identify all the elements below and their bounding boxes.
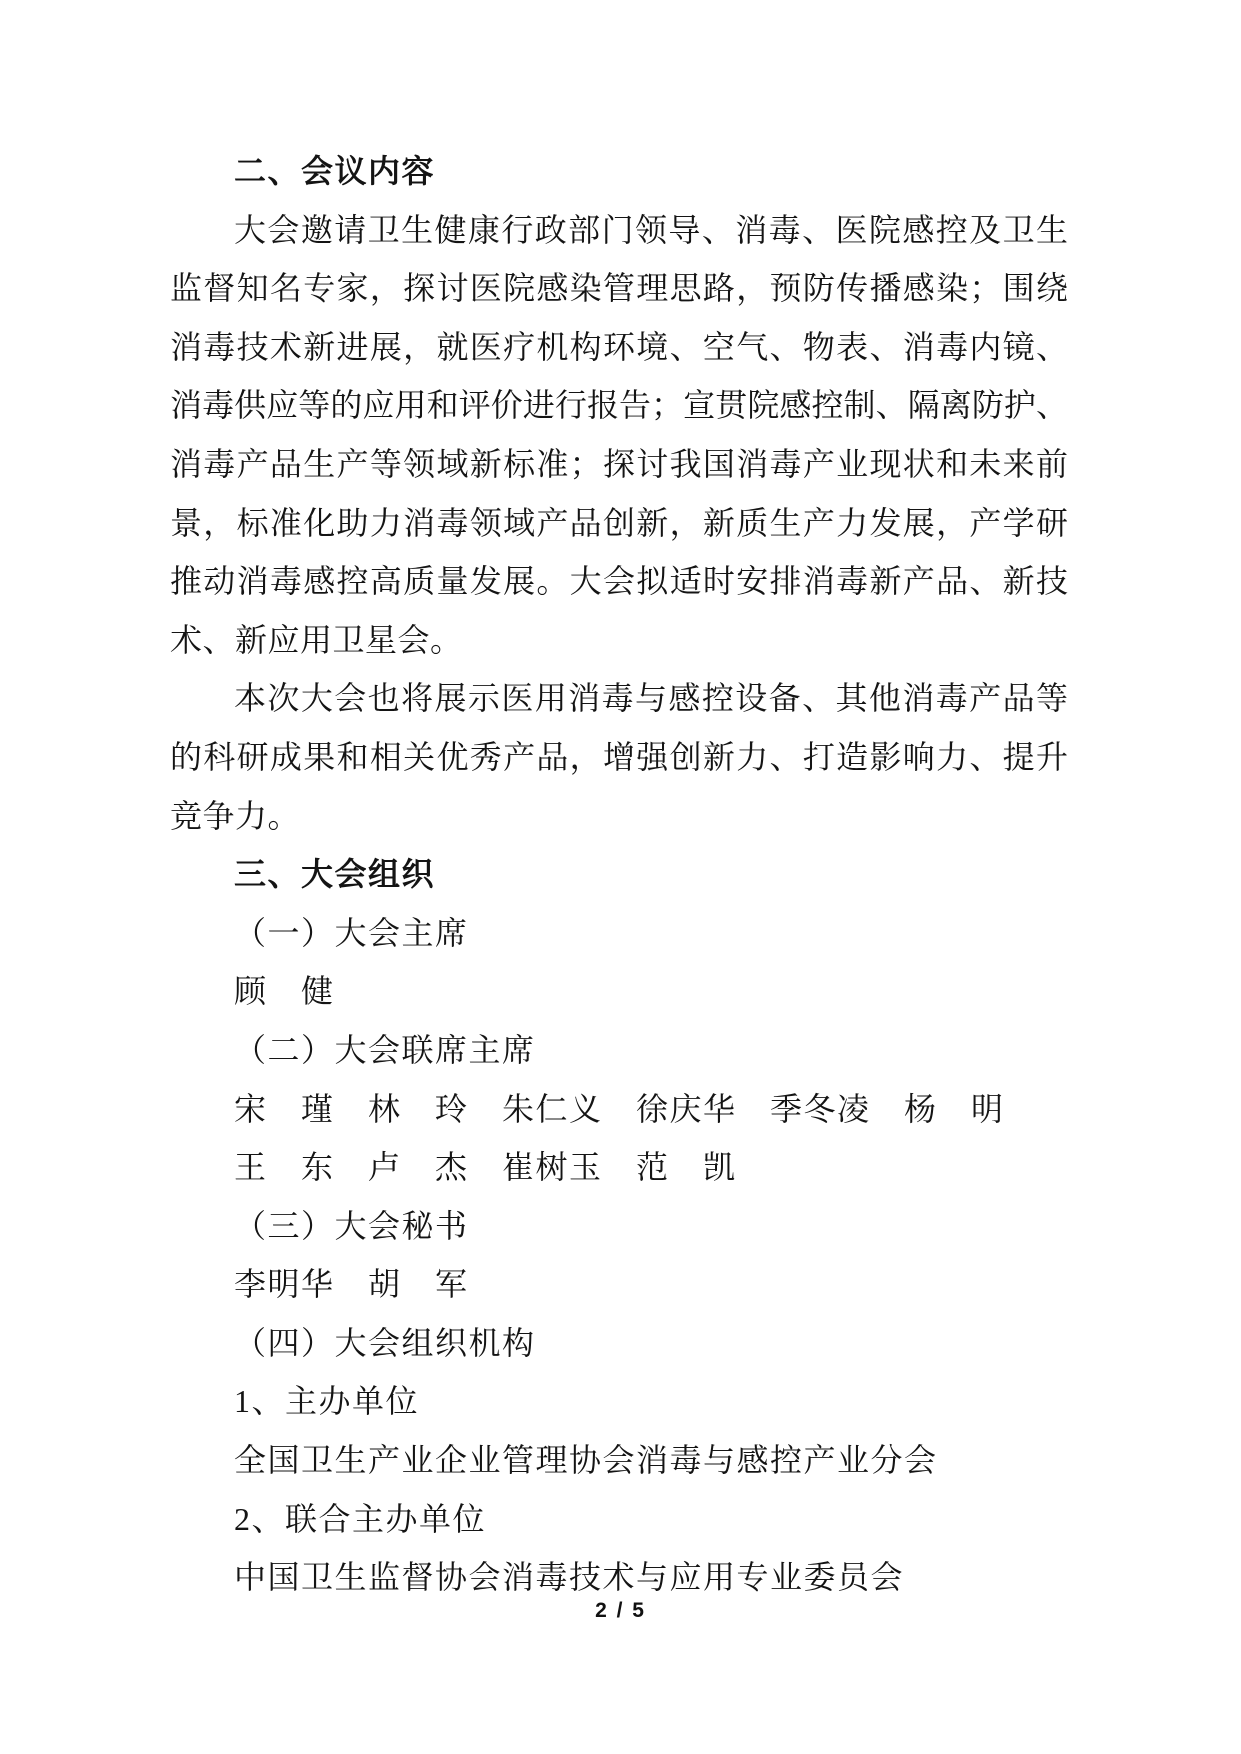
text-line: 的科研成果和相关优秀产品，增强创新力、打造影响力、提升	[170, 728, 1068, 787]
text-line: （二）大会联席主席	[170, 1021, 1068, 1080]
text-line: 二、会议内容	[170, 142, 1068, 201]
text-line: （一）大会主席	[170, 904, 1068, 963]
text-line: 三、大会组织	[170, 845, 1068, 904]
page-number: 2 / 5	[0, 1599, 1241, 1623]
text-line: 2、联合主办单位	[170, 1490, 1068, 1549]
document-page: 二、会议内容大会邀请卫生健康行政部门领导、消毒、医院感控及卫生监督知名专家，探讨…	[0, 0, 1241, 1754]
document-body: 二、会议内容大会邀请卫生健康行政部门领导、消毒、医院感控及卫生监督知名专家，探讨…	[170, 142, 1068, 1607]
text-line: 消毒产品生产等领域新标准；探讨我国消毒产业现状和未来前	[170, 435, 1068, 494]
text-line: 本次大会也将展示医用消毒与感控设备、其他消毒产品等	[170, 669, 1068, 728]
text-line: （三）大会秘书	[170, 1197, 1068, 1256]
text-line: 王 东 卢 杰 崔树玉 范 凯	[170, 1138, 1068, 1197]
text-line: 全国卫生产业企业管理协会消毒与感控产业分会	[170, 1431, 1068, 1490]
text-line: 顾 健	[170, 962, 1068, 1021]
text-line: 术、新应用卫星会。	[170, 611, 1068, 670]
text-line: 消毒供应等的应用和评价进行报告；宣贯院感控制、隔离防护、	[170, 376, 1068, 435]
text-line: 竞争力。	[170, 787, 1068, 846]
text-line: 1、主办单位	[170, 1372, 1068, 1431]
text-line: 监督知名专家，探讨医院感染管理思路，预防传播感染；围绕	[170, 259, 1068, 318]
text-line: 推动消毒感控高质量发展。大会拟适时安排消毒新产品、新技	[170, 552, 1068, 611]
text-line: 宋 瑾 林 玲 朱仁义 徐庆华 季冬凌 杨 明	[170, 1080, 1068, 1139]
text-line: 大会邀请卫生健康行政部门领导、消毒、医院感控及卫生	[170, 201, 1068, 260]
text-line: 消毒技术新进展，就医疗机构环境、空气、物表、消毒内镜、	[170, 318, 1068, 377]
text-line: 李明华 胡 军	[170, 1255, 1068, 1314]
text-line: （四）大会组织机构	[170, 1314, 1068, 1373]
text-line: 景，标准化助力消毒领域产品创新，新质生产力发展，产学研	[170, 494, 1068, 553]
